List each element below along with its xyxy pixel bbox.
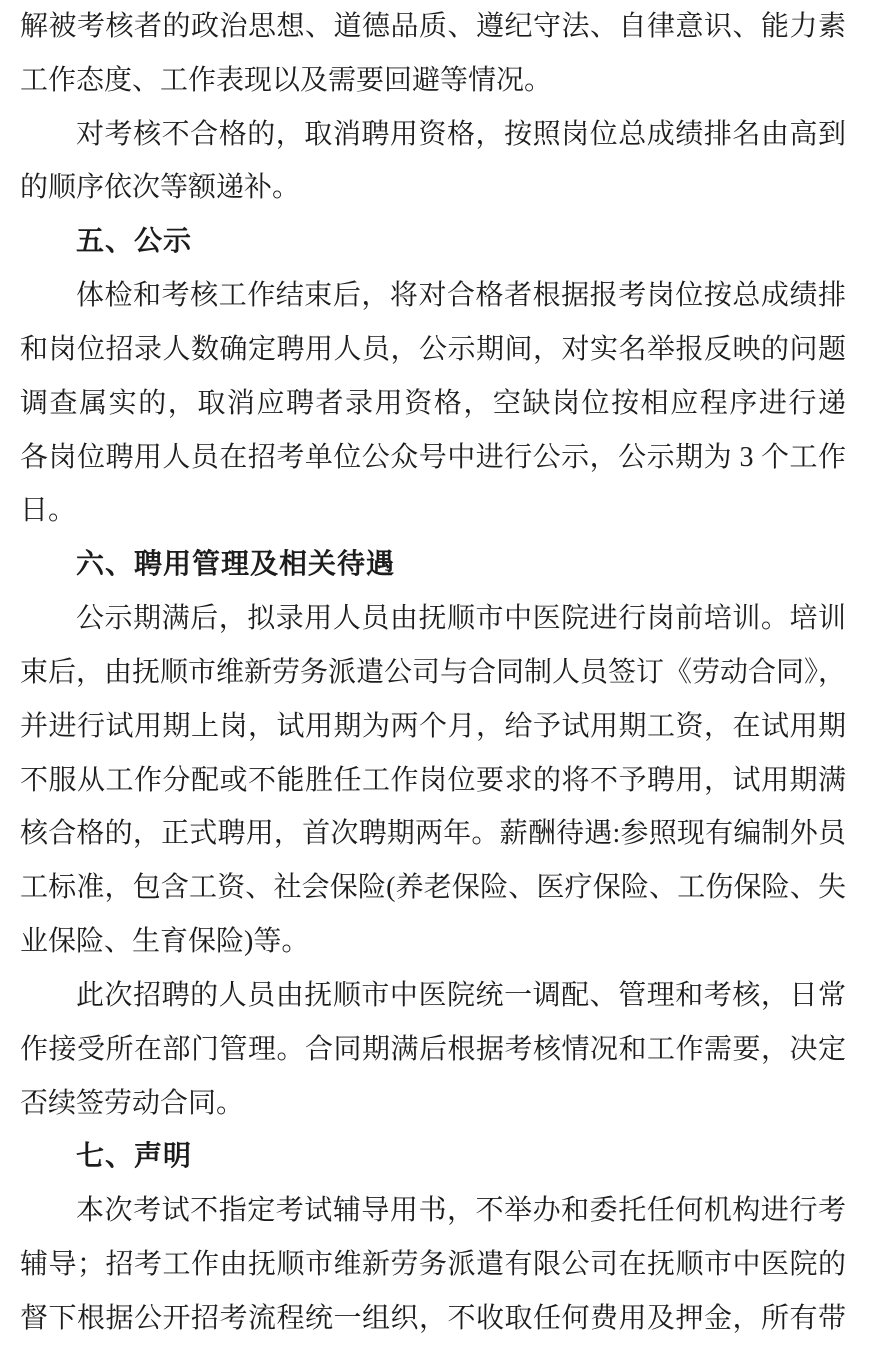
text-line: 对考核不合格的，取消聘用资格，按照岗位总成绩排名由高到低 [20, 108, 846, 162]
text-line: 此次招聘的人员由抚顺市中医院统一调配、管理和考核，日常工 [20, 969, 846, 1023]
text-line: 束后，由抚顺市维新劳务派遣公司与合同制人员签订《劳动合同》， [20, 646, 846, 700]
section-heading: 五、公示 [20, 215, 846, 269]
text-line: 公示期满后，拟录用人员由抚顺市中医院进行岗前培训。培训结 [20, 592, 846, 646]
section-heading: 六、聘用管理及相关待遇 [20, 538, 846, 592]
text-line: 否续签劳动合同。 [20, 1077, 846, 1131]
text-line: 不服从工作分配或不能胜任工作岗位要求的将不予聘用，试用期满考 [20, 754, 846, 808]
text-line: 并进行试用期上岗，试用期为两个月，给予试用期工资，在试用期内 [20, 700, 846, 754]
text-line: 各岗位聘用人员在招考单位公众号中进行公示，公示期为 3 个工作 [20, 431, 846, 485]
text-line: 体检和考核工作结束后，将对合格者根据报考岗位按总成绩排名 [20, 269, 846, 323]
text-line: 核合格的，正式聘用，首次聘期两年。薪酬待遇:参照现有编制外员 [20, 807, 846, 861]
text-line: 日。 [20, 484, 846, 538]
text-line: 的顺序依次等额递补。 [20, 161, 846, 215]
text-line: 调查属实的，取消应聘者录用资格，空缺岗位按相应程序进行递补。 [20, 377, 846, 431]
text-line: 解被考核者的政治思想、道德品质、遵纪守法、自律意识、能力素质、 [20, 0, 846, 54]
text-line: 和岗位招录人数确定聘用人员，公示期间，对实名举报反映的问题经 [20, 323, 846, 377]
text-line: 工标准，包含工资、社会保险(养老保险、医疗保险、工伤保险、失 [20, 861, 846, 915]
document-page: 解被考核者的政治思想、道德品质、遵纪守法、自律意识、能力素质、工作态度、工作表现… [0, 0, 870, 1346]
text-line: 业保险、生育保险)等。 [20, 915, 846, 969]
text-line: 辅导；招考工作由抚顺市维新劳务派遣有限公司在抚顺市中医院的监 [20, 1238, 846, 1292]
text-line: 本次考试不指定考试辅导用书，不举办和委托任何机构进行考试 [20, 1184, 846, 1238]
text-line: 作接受所在部门管理。合同期满后根据考核情况和工作需要，决定是 [20, 1023, 846, 1077]
section-heading: 七、声明 [20, 1130, 846, 1184]
text-line: 督下根据公开招考流程统一组织，不收取任何费用及押金，所有带有 [20, 1292, 846, 1346]
text-line: 工作态度、工作表现以及需要回避等情况。 [20, 54, 846, 108]
